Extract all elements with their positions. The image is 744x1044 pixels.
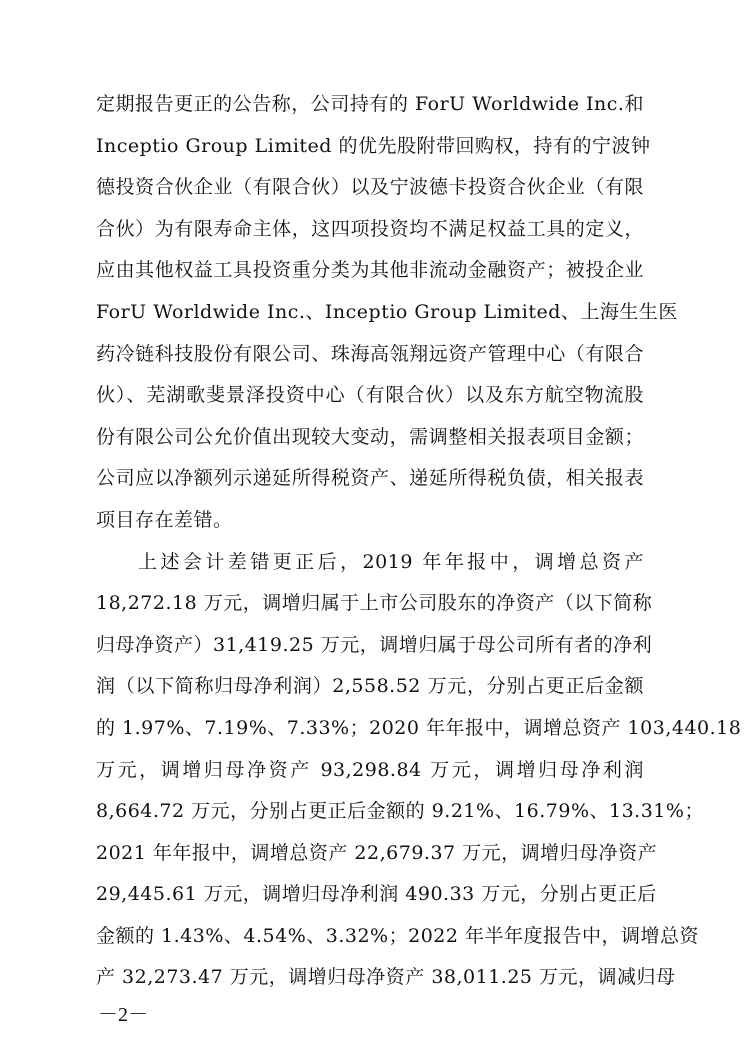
text-line: 份有限公司公允价值出现较大变动，需调整相关报表项目金额； — [96, 417, 644, 459]
text-line: 德投资合伙企业（有限合伙）以及宁波德卡投资合伙企业（有限 — [96, 167, 644, 209]
text-line: 公司应以净额列示递延所得税资产、递延所得税负债，相关报表 — [96, 458, 644, 500]
text-line: 8,664.72 万元，分别占更正后金额的 9.21%、16.79%、13.31… — [96, 791, 644, 833]
text-line: 定期报告更正的公告称，公司持有的 ForU Worldwide Inc.和 — [96, 84, 644, 126]
text-line: 金额的 1.43%、4.54%、3.32%；2022 年半年度报告中，调增总资 — [96, 916, 644, 958]
document-page: 定期报告更正的公告称，公司持有的 ForU Worldwide Inc.和 In… — [0, 0, 744, 1044]
text-line: 29,445.61 万元，调增归母净利润 490.33 万元，分别占更正后 — [96, 874, 644, 916]
text-line: ForU Worldwide Inc.、Inceptio Group Limit… — [96, 292, 644, 334]
paragraph-1: 定期报告更正的公告称，公司持有的 ForU Worldwide Inc.和 In… — [96, 84, 644, 542]
text-line: 应由其他权益工具投资重分类为其他非流动金融资产；被投企业 — [96, 250, 644, 292]
text-line: 项目存在差错。 — [96, 500, 644, 542]
text-line: 万元，调增归母净资产 93,298.84 万元，调增归母净利润 — [96, 750, 644, 792]
page-number: －2－ — [98, 998, 148, 1027]
text-line: 上述会计差错更正后，2019 年年报中，调增总资产 — [96, 542, 644, 584]
text-line: 18,272.18 万元，调增归属于上市公司股东的净资产（以下简称 — [96, 583, 644, 625]
text-line: 2021 年年报中，调增总资产 22,679.37 万元，调增归母净资产 — [96, 833, 644, 875]
paragraph-2: 上述会计差错更正后，2019 年年报中，调增总资产 18,272.18 万元，调… — [96, 542, 644, 1000]
text-line: Inceptio Group Limited 的优先股附带回购权，持有的宁波钟 — [96, 126, 644, 168]
text-line: 合伙）为有限寿命主体，这四项投资均不满足权益工具的定义， — [96, 209, 644, 251]
text-line: 伙）、芜湖歌斐景泽投资中心（有限合伙）以及东方航空物流股 — [96, 375, 644, 417]
text-line: 药冷链科技股份有限公司、珠海高瓴翔远资产管理中心（有限合 — [96, 334, 644, 376]
text-line: 的 1.97%、7.19%、7.33%；2020 年年报中，调增总资产 103,… — [96, 708, 644, 750]
text-line: 产 32,273.47 万元，调增归母净资产 38,011.25 万元，调减归母 — [96, 957, 644, 999]
body-text: 定期报告更正的公告称，公司持有的 ForU Worldwide Inc.和 In… — [96, 84, 644, 999]
text-line: 归母净资产）31,419.25 万元，调增归属于母公司所有者的净利 — [96, 625, 644, 667]
text-line: 润（以下简称归母净利润）2,558.52 万元，分别占更正后金额 — [96, 666, 644, 708]
